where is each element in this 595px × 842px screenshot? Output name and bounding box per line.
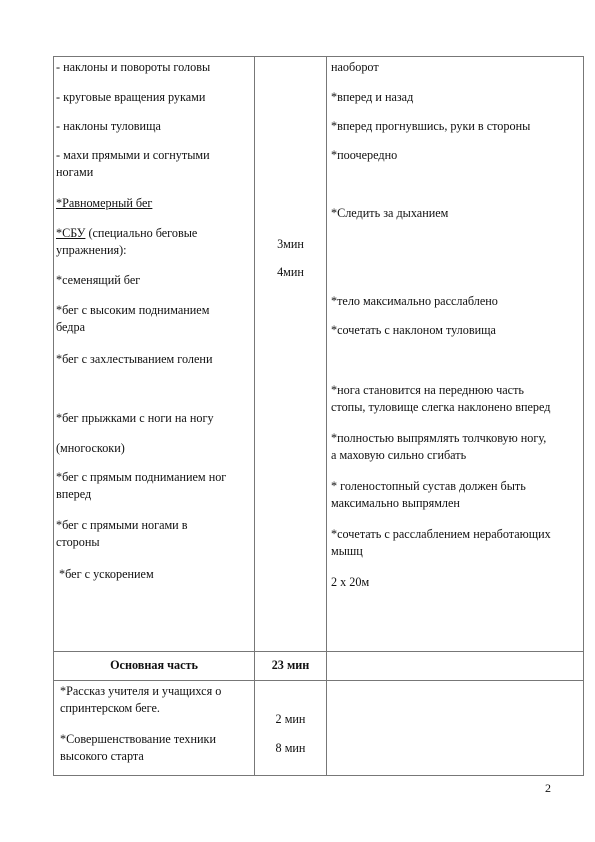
note-line: *поочередно [331, 148, 397, 163]
exercise-line: *бег с высоким подниманием [56, 303, 209, 318]
lesson-plan-table: - наклоны и повороты головы - круговые в… [53, 56, 584, 776]
exercise-line: стороны [56, 535, 100, 550]
note-line: максимально выпрямлен [331, 496, 460, 511]
note-line: *вперед прогнувшись, руки в стороны [331, 119, 530, 134]
exercise-line: *семенящий бег [56, 273, 140, 288]
activity-line: высокого старта [60, 749, 144, 764]
section-title: Основная часть [54, 658, 254, 673]
note-line: *полностью выпрямлять толчковую ногу, [331, 431, 546, 446]
exercise-line: упражнения): [56, 243, 127, 258]
exercise-line: ногами [56, 165, 93, 180]
duration-value: 4мин [255, 265, 326, 280]
note-line: *сочетать с наклоном туловища [331, 323, 496, 338]
page-number: 2 [545, 781, 551, 796]
exercise-line: *СБУ (специально беговые [56, 226, 197, 241]
note-line: стопы, туловище слегка наклонено вперед [331, 400, 550, 415]
activity-line: спринтерском беге. [60, 701, 160, 716]
note-line: *нога становится на переднюю часть [331, 383, 524, 398]
exercise-line: - наклоны туловища [56, 119, 161, 134]
exercise-line: *бег с захлестыванием голени [56, 352, 212, 367]
note-line: *сочетать с расслаблением неработающих [331, 527, 551, 542]
note-line: а маховую сильно сгибать [331, 448, 466, 463]
section-duration: 23 мин [255, 658, 326, 673]
exercise-line: вперед [56, 487, 91, 502]
exercise-line: *бег прыжками с ноги на ногу [56, 411, 214, 426]
note-line: * голеностопный сустав должен быть [331, 479, 526, 494]
row-divider [54, 651, 583, 652]
note-line: *вперед и назад [331, 90, 413, 105]
activity-line: *Рассказ учителя и учащихся о [60, 684, 221, 699]
note-line: *Следить за дыханием [331, 206, 448, 221]
exercise-line: - круговые вращения руками [56, 90, 205, 105]
exercise-line: *бег с прямыми ногами в [56, 518, 188, 533]
exercise-line: *бег с ускорением [56, 567, 154, 582]
note-line: мышц [331, 544, 363, 559]
exercise-line: бедра [56, 320, 85, 335]
row-divider [54, 680, 583, 681]
duration-value: 8 мин [255, 741, 326, 756]
note-line: *тело максимально расслаблено [331, 294, 498, 309]
sbu-heading: *СБУ [56, 226, 85, 240]
note-line: 2 х 20м [331, 575, 369, 590]
activity-line: *Совершенствование техники [60, 732, 216, 747]
exercise-heading: *Равномерный бег [56, 196, 152, 211]
document-page: - наклоны и повороты головы - круговые в… [0, 0, 595, 842]
column-divider [326, 57, 327, 775]
exercise-line: (многоскоки) [56, 441, 125, 456]
sbu-description: (специально беговые [85, 226, 197, 240]
exercise-line: *бег с прямым подниманием ног [56, 470, 226, 485]
exercise-line: - наклоны и повороты головы [56, 60, 210, 75]
duration-value: 3мин [255, 237, 326, 252]
exercise-line: - махи прямыми и согнутыми [56, 148, 210, 163]
note-line: наоборот [331, 60, 379, 75]
duration-value: 2 мин [255, 712, 326, 727]
